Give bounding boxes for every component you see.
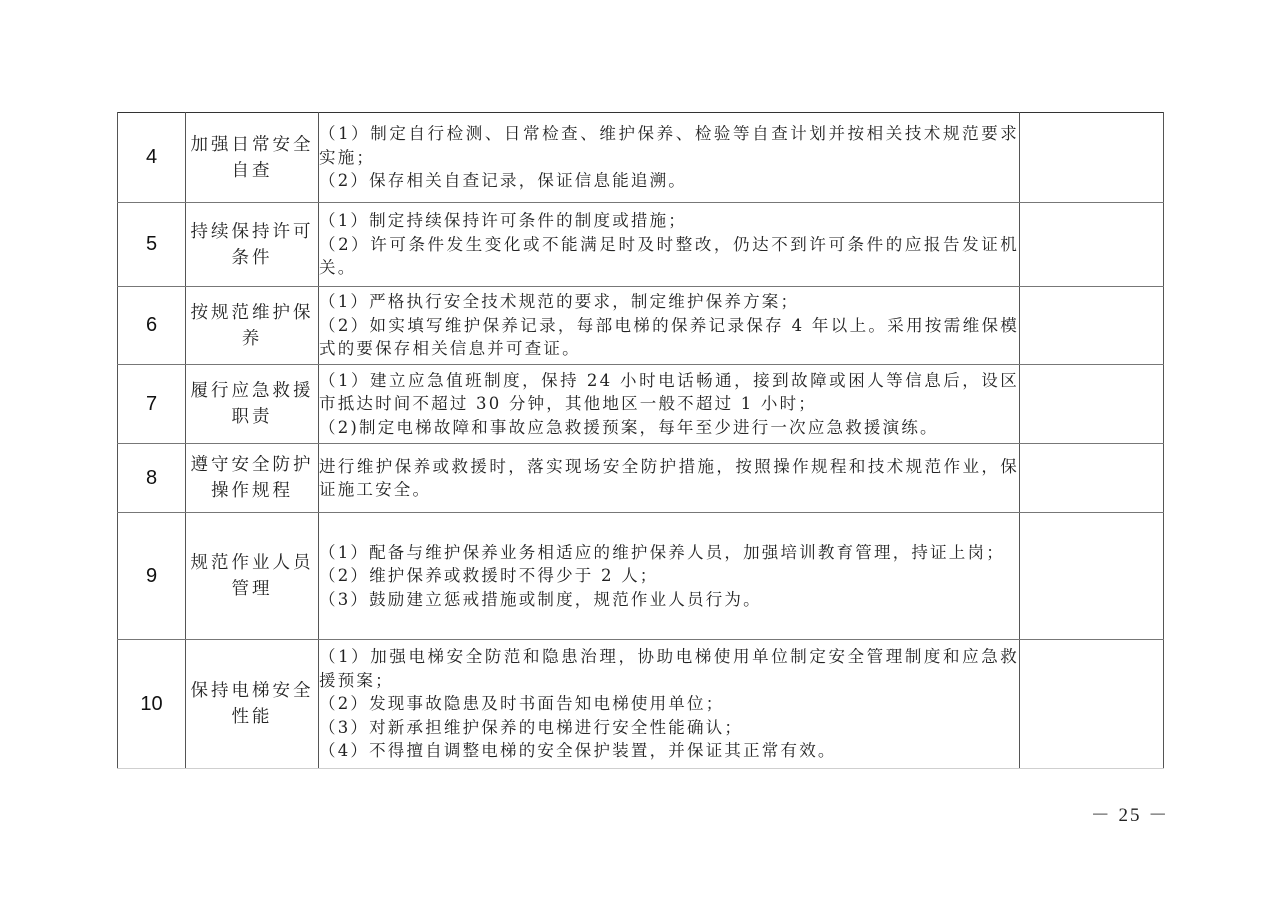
table-row: 8 遵守安全防护操作规程 进行维护保养或救援时，落实现场安全防护措施，按照操作规… bbox=[118, 444, 1164, 513]
remarks-cell bbox=[1020, 640, 1164, 769]
remarks-cell bbox=[1020, 513, 1164, 640]
requirement-clause: （3）鼓励建立惩戒措施或制度，规范作业人员行为。 bbox=[319, 588, 1019, 612]
requirement-clause: （3）对新承担维护保养的电梯进行安全性能确认； bbox=[319, 716, 1019, 740]
requirement-clause: （1）配备与维护保养业务相适应的维护保养人员，加强培训教育管理，持证上岗； bbox=[319, 541, 1019, 565]
row-number-cell: 7 bbox=[118, 365, 186, 444]
requirements-table: 4 加强日常安全自查 （1）制定自行检测、日常检查、维护保养、检验等自查计划并按… bbox=[117, 112, 1164, 769]
requirement-clause: （1）严格执行安全技术规范的要求，制定维护保养方案； bbox=[319, 290, 1019, 314]
requirement-clause: （1）建立应急值班制度，保持 24 小时电话畅通，接到故障或困人等信息后，设区市… bbox=[319, 369, 1019, 416]
requirement-clause: （1）制定自行检测、日常检查、维护保养、检验等自查计划并按相关技术规范要求实施； bbox=[319, 122, 1019, 169]
requirement-clause: （2)制定电梯故障和事故应急救援预案，每年至少进行一次应急救援演练。 bbox=[319, 416, 1019, 440]
table-row: 4 加强日常安全自查 （1）制定自行检测、日常检查、维护保养、检验等自查计划并按… bbox=[118, 113, 1164, 203]
requirement-content-cell: 进行维护保养或救援时，落实现场安全防护措施，按照操作规程和技术规范作业，保证施工… bbox=[319, 444, 1020, 513]
row-number-cell: 8 bbox=[118, 444, 186, 513]
row-number-cell: 5 bbox=[118, 203, 186, 287]
requirement-item-cell: 持续保持许可条件 bbox=[186, 203, 319, 287]
requirement-clause: （2）保存相关自查记录，保证信息能追溯。 bbox=[319, 169, 1019, 193]
remarks-cell bbox=[1020, 113, 1164, 203]
remarks-cell bbox=[1020, 365, 1164, 444]
row-number-cell: 4 bbox=[118, 113, 186, 203]
requirement-content-cell: （1）建立应急值班制度，保持 24 小时电话畅通，接到故障或困人等信息后，设区市… bbox=[319, 365, 1020, 444]
requirements-table-body: 4 加强日常安全自查 （1）制定自行检测、日常检查、维护保养、检验等自查计划并按… bbox=[118, 113, 1164, 769]
row-number-cell: 10 bbox=[118, 640, 186, 769]
requirement-clause: （1）制定持续保持许可条件的制度或措施； bbox=[319, 209, 1019, 233]
requirement-item-cell: 遵守安全防护操作规程 bbox=[186, 444, 319, 513]
requirement-clause: （2）许可条件发生变化或不能满足时及时整改，仍达不到许可条件的应报告发证机关。 bbox=[319, 233, 1019, 280]
remarks-cell bbox=[1020, 203, 1164, 287]
requirement-content-cell: （1）加强电梯安全防范和隐患治理，协助电梯使用单位制定安全管理制度和应急救援预案… bbox=[319, 640, 1020, 769]
row-number-cell: 6 bbox=[118, 287, 186, 365]
requirement-clause: （4）不得擅自调整电梯的安全保护装置，并保证其正常有效。 bbox=[319, 739, 1019, 763]
remarks-cell bbox=[1020, 287, 1164, 365]
table-row: 10 保持电梯安全性能 （1）加强电梯安全防范和隐患治理，协助电梯使用单位制定安… bbox=[118, 640, 1164, 769]
row-number-cell: 9 bbox=[118, 513, 186, 640]
requirement-content-cell: （1）制定持续保持许可条件的制度或措施；（2）许可条件发生变化或不能满足时及时整… bbox=[319, 203, 1020, 287]
requirement-content-cell: （1）配备与维护保养业务相适应的维护保养人员，加强培训教育管理，持证上岗；（2）… bbox=[319, 513, 1020, 640]
requirement-item-cell: 履行应急救援职责 bbox=[186, 365, 319, 444]
requirement-content-cell: （1）制定自行检测、日常检查、维护保养、检验等自查计划并按相关技术规范要求实施；… bbox=[319, 113, 1020, 203]
requirement-item-cell: 按规范维护保养 bbox=[186, 287, 319, 365]
requirement-item-cell: 加强日常安全自查 bbox=[186, 113, 319, 203]
table-row: 9 规范作业人员管理 （1）配备与维护保养业务相适应的维护保养人员，加强培训教育… bbox=[118, 513, 1164, 640]
requirement-content-cell: （1）严格执行安全技术规范的要求，制定维护保养方案；（2）如实填写维护保养记录，… bbox=[319, 287, 1020, 365]
remarks-cell bbox=[1020, 444, 1164, 513]
requirement-clause: 进行维护保养或救援时，落实现场安全防护措施，按照操作规程和技术规范作业，保证施工… bbox=[319, 455, 1019, 502]
page-number: － 25 － bbox=[1085, 800, 1175, 827]
requirement-clause: （2）发现事故隐患及时书面告知电梯使用单位； bbox=[319, 692, 1019, 716]
table-row: 5 持续保持许可条件 （1）制定持续保持许可条件的制度或措施；（2）许可条件发生… bbox=[118, 203, 1164, 287]
requirement-clause: （1）加强电梯安全防范和隐患治理，协助电梯使用单位制定安全管理制度和应急救援预案… bbox=[319, 645, 1019, 692]
requirement-clause: （2）如实填写维护保养记录，每部电梯的保养记录保存 4 年以上。采用按需维保模式… bbox=[319, 314, 1019, 361]
requirement-clause: （2）维护保养或救援时不得少于 2 人； bbox=[319, 564, 1019, 588]
table-row: 7 履行应急救援职责 （1）建立应急值班制度，保持 24 小时电话畅通，接到故障… bbox=[118, 365, 1164, 444]
document-page: 4 加强日常安全自查 （1）制定自行检测、日常检查、维护保养、检验等自查计划并按… bbox=[0, 0, 1280, 905]
requirement-item-cell: 保持电梯安全性能 bbox=[186, 640, 319, 769]
table-row: 6 按规范维护保养 （1）严格执行安全技术规范的要求，制定维护保养方案；（2）如… bbox=[118, 287, 1164, 365]
requirement-item-cell: 规范作业人员管理 bbox=[186, 513, 319, 640]
